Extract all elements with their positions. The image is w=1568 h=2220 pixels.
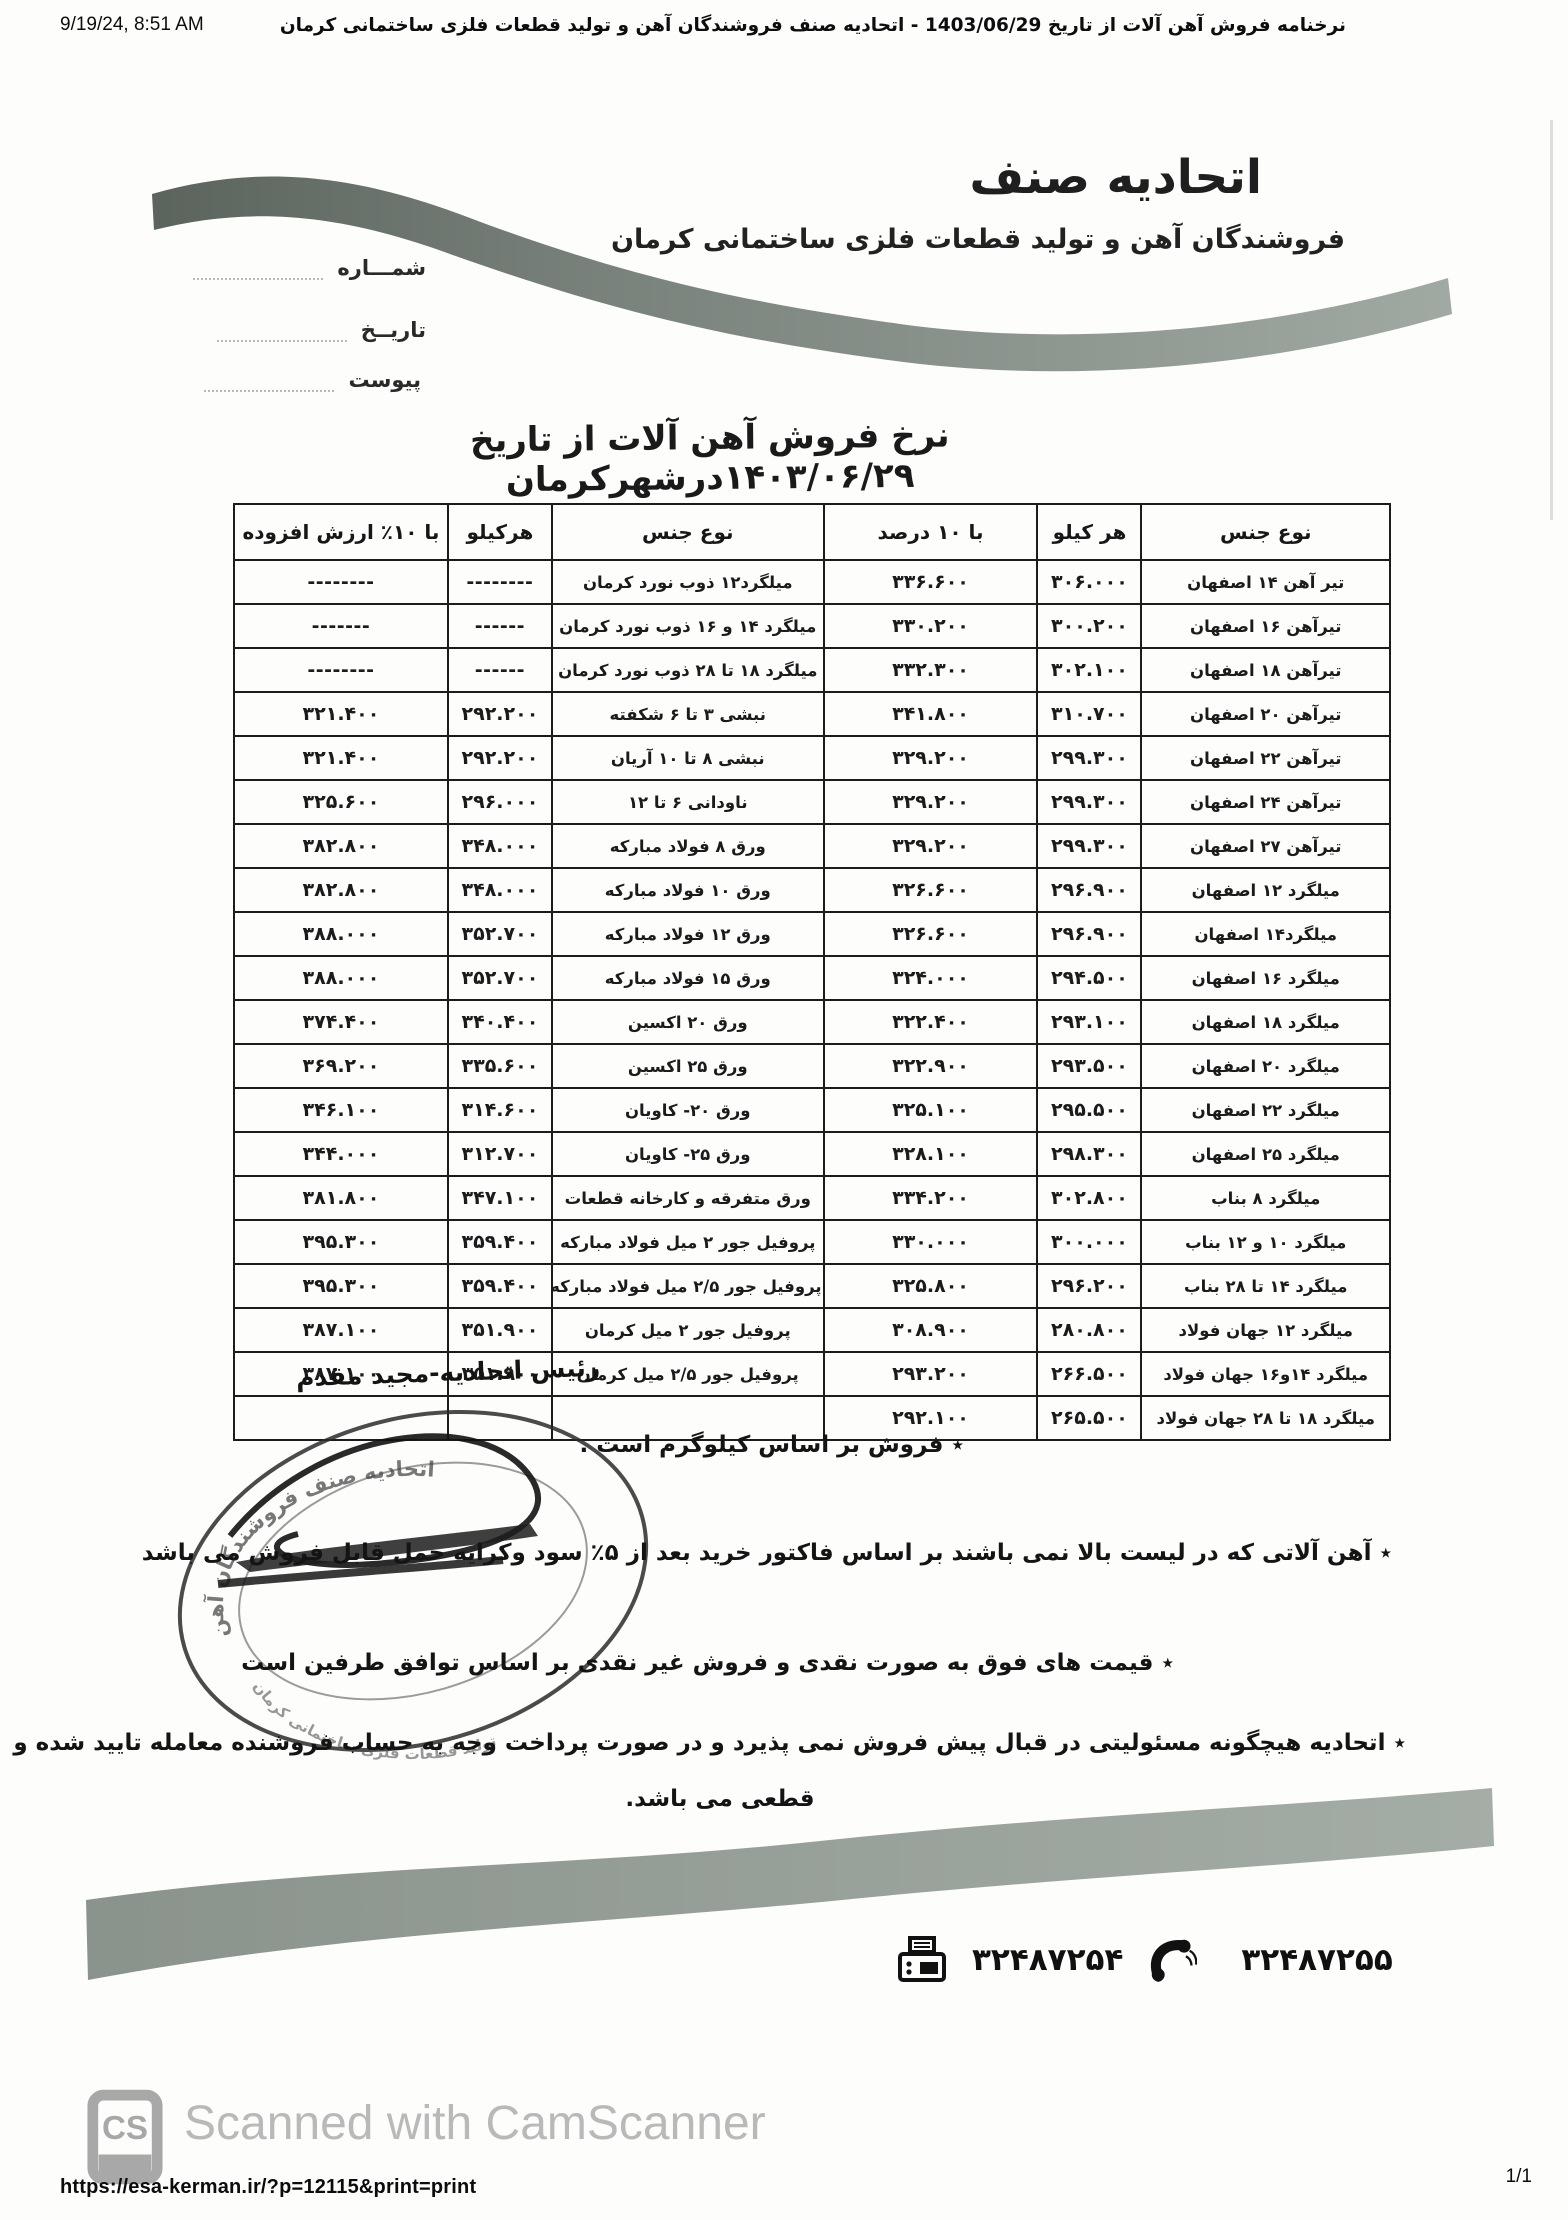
item-name-cell: میلگرد ۱۸ تا ۲۸ جهان فولاد	[1141, 1396, 1390, 1440]
column-header: نوع جنس	[552, 504, 824, 560]
column-header: نوع جنس	[1141, 504, 1390, 560]
letter-attachment-blank-line	[204, 372, 334, 392]
table-row: میلگرد ۱۰ و ۱۲ بناب۳۰۰.۰۰۰۳۳۰.۰۰۰پروفیل …	[234, 1220, 1390, 1264]
price-cell: ۲۹۳.۱۰۰	[1037, 1000, 1141, 1044]
item-name-cell: تیرآهن ۱۸ اصفهان	[1141, 648, 1390, 692]
item-name-cell: میلگرد ۱۲ اصفهان	[1141, 868, 1390, 912]
price-cell: ۳۲۵.۱۰۰	[824, 1088, 1038, 1132]
price-cell: ۲۹۶.۰۰۰	[448, 780, 552, 824]
price-cell: ۳۲۹.۲۰۰	[824, 780, 1038, 824]
price-cell: ۳۲۶.۶۰۰	[824, 912, 1038, 956]
price-cell: ۳۳۲.۳۰۰	[824, 648, 1038, 692]
note-sale-per-kg: ٭ فروش بر اساس کیلوگرم است .	[580, 1432, 965, 1458]
price-cell: ۳۰۸.۹۰۰	[824, 1308, 1038, 1352]
price-cell: ۳۵۱.۹۰۰	[448, 1308, 552, 1352]
item-name-cell: میلگرد ۱۴و۱۶ جهان فولاد	[1141, 1352, 1390, 1396]
item-name-cell: تیرآهن ۲۷ اصفهان	[1141, 824, 1390, 868]
price-cell: ۳۲۵.۶۰۰	[234, 780, 448, 824]
price-cell: ۳۱۲.۷۰۰	[448, 1132, 552, 1176]
price-cell: ۳۳۰.۲۰۰	[824, 604, 1038, 648]
page-title: نرخ فروش آهن آلات از تاریخ ۱۴۰۳/۰۶/۲۹درش…	[360, 414, 1061, 501]
note-items-not-listed: ٭ آهن آلاتی که در لیست بالا نمی باشند بر…	[142, 1540, 1392, 1566]
price-cell: ۳۸۱.۸۰۰	[234, 1176, 448, 1220]
price-cell: ۲۸۰.۸۰۰	[1037, 1308, 1141, 1352]
table-row: تیرآهن ۲۲ اصفهان۲۹۹.۳۰۰۳۲۹.۲۰۰نبشی ۸ تا …	[234, 736, 1390, 780]
price-cell: ۳۲۸.۱۰۰	[824, 1132, 1038, 1176]
price-cell: --------	[234, 648, 448, 692]
table-row: میلگرد ۲۲ اصفهان۲۹۵.۵۰۰۳۲۵.۱۰۰ورق ۲۰- کا…	[234, 1088, 1390, 1132]
camscanner-badge-text: CS	[102, 2110, 148, 2147]
item-name-cell: تیرآهن ۲۰ اصفهان	[1141, 692, 1390, 736]
price-cell: ۳۴۱.۸۰۰	[824, 692, 1038, 736]
item-name-cell: تیر آهن ۱۴ اصفهان	[1141, 560, 1390, 604]
item-name-cell: میلگرد ۱۸ تا ۲۸ ذوب نورد کرمان	[552, 648, 824, 692]
price-cell: ۳۰۲.۱۰۰	[1037, 648, 1141, 692]
print-preview-page: 9/19/24, 8:51 AM نرخنامه فروش آهن آلات ا…	[0, 0, 1568, 2220]
item-name-cell: ورق متفرقه و کارخانه قطعات	[552, 1176, 824, 1220]
table-row: تیرآهن ۱۸ اصفهان۳۰۲.۱۰۰۳۳۲.۳۰۰میلگرد ۱۸ …	[234, 648, 1390, 692]
item-name-cell: ورق ۸ فولاد مبارکه	[552, 824, 824, 868]
item-name-cell: ورق ۱۵ فولاد مبارکه	[552, 956, 824, 1000]
price-cell: ۳۲۱.۴۰۰	[234, 736, 448, 780]
item-name-cell: میلگرد ۲۰ اصفهان	[1141, 1044, 1390, 1088]
item-name-cell: تیرآهن ۲۲ اصفهان	[1141, 736, 1390, 780]
letter-attachment-label: پیوست	[348, 368, 421, 392]
item-name-cell: میلگرد۱۴ اصفهان	[1141, 912, 1390, 956]
price-cell: ۳۴۷.۱۰۰	[448, 1176, 552, 1220]
item-name-cell: ورق ۲۵ اکسین	[552, 1044, 824, 1088]
item-name-cell: ورق ۱۲ فولاد مبارکه	[552, 912, 824, 956]
column-header: با ۱۰٪ ارزش افزوده	[234, 504, 448, 560]
price-cell: ------	[448, 604, 552, 648]
price-cell: ۲۶۵.۵۰۰	[1037, 1396, 1141, 1440]
price-cell: ۳۳۵.۶۰۰	[448, 1044, 552, 1088]
price-table: نوع جنسهر کیلوبا ۱۰ درصدنوع جنسهرکیلوبا …	[233, 503, 1391, 1441]
camscanner-caption: Scanned with CamScanner	[184, 2096, 766, 2151]
price-cell: ۲۹۹.۳۰۰	[1037, 824, 1141, 868]
table-row: میلگرد ۱۶ اصفهان۲۹۴.۵۰۰۳۲۴.۰۰۰ورق ۱۵ فول…	[234, 956, 1390, 1000]
price-cell: ۲۹۳.۲۰۰	[824, 1352, 1038, 1396]
item-name-cell: پروفیل جور ۲/۵ میل فولاد مبارکه	[552, 1264, 824, 1308]
price-cell: ۲۹۵.۵۰۰	[1037, 1088, 1141, 1132]
price-cell: ۳۰۲.۸۰۰	[1037, 1176, 1141, 1220]
print-footer-url: https://esa-kerman.ir/?p=12115&print=pri…	[60, 2176, 476, 2199]
price-cell: ۳۸۲.۸۰۰	[234, 868, 448, 912]
price-table-container: نوع جنسهر کیلوبا ۱۰ درصدنوع جنسهرکیلوبا …	[233, 503, 1391, 1441]
price-cell: ۲۹۲.۲۰۰	[448, 736, 552, 780]
item-name-cell: نبشی ۳ تا ۶ شکفته	[552, 692, 824, 736]
item-name-cell: میلگرد ۱۴ تا ۲۸ بناب	[1141, 1264, 1390, 1308]
item-name-cell: میلگرد۱۲ ذوب نورد کرمان	[552, 560, 824, 604]
letter-date-field: تاریــخ	[217, 318, 426, 342]
item-name-cell: میلگرد ۱۸ اصفهان	[1141, 1000, 1390, 1044]
price-cell: ۳۲۱.۴۰۰	[234, 692, 448, 736]
print-header-title: نرخنامه فروش آهن آلات از تاریخ 1403/06/2…	[280, 15, 1346, 36]
price-cell: ۲۹۶.۹۰۰	[1037, 868, 1141, 912]
table-row: تیرآهن ۲۴ اصفهان۲۹۹.۳۰۰۳۲۹.۲۰۰ناودانی ۶ …	[234, 780, 1390, 824]
item-name-cell: ورق ۲۵- کاویان	[552, 1132, 824, 1176]
price-cell: ۳۵۲.۷۰۰	[448, 956, 552, 1000]
price-cell: ۳۸۸.۰۰۰	[234, 912, 448, 956]
price-cell: ۳۲۲.۹۰۰	[824, 1044, 1038, 1088]
item-name-cell: میلگرد ۲۲ اصفهان	[1141, 1088, 1390, 1132]
table-row: میلگرد۱۴ اصفهان۲۹۶.۹۰۰۳۲۶.۶۰۰ورق ۱۲ فولا…	[234, 912, 1390, 956]
price-cell: ۳۴۸.۰۰۰	[448, 824, 552, 868]
table-row: میلگرد ۸ بناب۳۰۲.۸۰۰۳۳۴.۲۰۰ورق متفرقه و …	[234, 1176, 1390, 1220]
price-cell: ۳۰۰.۰۰۰	[1037, 1220, 1141, 1264]
item-name-cell: میلگرد ۸ بناب	[1141, 1176, 1390, 1220]
price-cell: ۲۹۹.۳۰۰	[1037, 780, 1141, 824]
price-cell: --------	[234, 560, 448, 604]
price-cell: ۲۹۹.۳۰۰	[1037, 736, 1141, 780]
item-name-cell: میلگرد ۱۴ و ۱۶ ذوب نورد کرمان	[552, 604, 824, 648]
price-cell: ۳۵۲.۷۰۰	[448, 912, 552, 956]
item-name-cell: ورق ۱۰ فولاد مبارکه	[552, 868, 824, 912]
price-cell: ۳۴۸.۰۰۰	[448, 868, 552, 912]
table-row: تیرآهن ۲۰ اصفهان۳۱۰.۷۰۰۳۴۱.۸۰۰نبشی ۳ تا …	[234, 692, 1390, 736]
price-cell: ۳۹۵.۳۰۰	[234, 1220, 448, 1264]
item-name-cell: میلگرد ۱۲ جهان فولاد	[1141, 1308, 1390, 1352]
price-cell: ۳۲۲.۴۰۰	[824, 1000, 1038, 1044]
price-table-header-row: نوع جنسهر کیلوبا ۱۰ درصدنوع جنسهرکیلوبا …	[234, 504, 1390, 560]
item-name-cell: ورق ۲۰ اکسین	[552, 1000, 824, 1044]
table-row: میلگرد ۲۰ اصفهان۲۹۳.۵۰۰۳۲۲.۹۰۰ورق ۲۵ اکس…	[234, 1044, 1390, 1088]
price-cell: ۲۹۶.۹۰۰	[1037, 912, 1141, 956]
table-row: میلگرد ۲۵ اصفهان۲۹۸.۳۰۰۳۲۸.۱۰۰ورق ۲۵- کا…	[234, 1132, 1390, 1176]
item-name-cell: پروفیل جور ۲ میل کرمان	[552, 1308, 824, 1352]
item-name-cell: میلگرد ۱۰ و ۱۲ بناب	[1141, 1220, 1390, 1264]
letter-number-blank-line	[193, 260, 323, 280]
table-row: میلگرد ۱۲ جهان فولاد۲۸۰.۸۰۰۳۰۸.۹۰۰پروفیل…	[234, 1308, 1390, 1352]
letter-number-label: شمـــاره	[337, 256, 426, 280]
footer-swoosh-graphic	[0, 1768, 1568, 2018]
column-header: هرکیلو	[448, 504, 552, 560]
price-cell: ۳۸۲.۸۰۰	[234, 824, 448, 868]
price-cell: ۳۲۹.۲۰۰	[824, 736, 1038, 780]
table-row: میلگرد ۱۴ تا ۲۸ بناب۲۹۶.۲۰۰۳۲۵.۸۰۰پروفیل…	[234, 1264, 1390, 1308]
price-cell: ۲۹۴.۵۰۰	[1037, 956, 1141, 1000]
price-table-body: تیر آهن ۱۴ اصفهان۳۰۶.۰۰۰۳۳۶.۶۰۰میلگرد۱۲ …	[234, 560, 1390, 1440]
price-cell: ۲۹۸.۳۰۰	[1037, 1132, 1141, 1176]
price-cell: ۳۸۷.۱۰۰	[234, 1308, 448, 1352]
letter-date-blank-line	[217, 322, 347, 342]
table-row: تیرآهن ۱۶ اصفهان۳۰۰.۲۰۰۳۳۰.۲۰۰میلگرد ۱۴ …	[234, 604, 1390, 648]
price-cell: ۲۶۶.۵۰۰	[1037, 1352, 1141, 1396]
price-cell: ۳۴۶.۱۰۰	[234, 1088, 448, 1132]
price-cell: ۳۲۵.۸۰۰	[824, 1264, 1038, 1308]
note-cash-noncash: ٭ قیمت های فوق به صورت نقدی و فروش غیر ن…	[241, 1650, 1174, 1676]
item-name-cell: میلگرد ۱۶ اصفهان	[1141, 956, 1390, 1000]
item-name-cell: میلگرد ۲۵ اصفهان	[1141, 1132, 1390, 1176]
price-cell: ۳۰۶.۰۰۰	[1037, 560, 1141, 604]
table-row: تیرآهن ۲۷ اصفهان۲۹۹.۳۰۰۳۲۹.۲۰۰ورق ۸ فولا…	[234, 824, 1390, 868]
item-name-cell: تیرآهن ۲۴ اصفهان	[1141, 780, 1390, 824]
price-cell: ۳۱۴.۶۰۰	[448, 1088, 552, 1132]
letter-attachment-field: پیوست	[204, 368, 421, 392]
table-row: میلگرد ۱۸ اصفهان۲۹۳.۱۰۰۳۲۲.۴۰۰ورق ۲۰ اکس…	[234, 1000, 1390, 1044]
item-name-cell: پروفیل جور ۲ میل فولاد مبارکه	[552, 1220, 824, 1264]
price-cell: ۳۵۹.۴۰۰	[448, 1264, 552, 1308]
price-cell: ۳۳۰.۰۰۰	[824, 1220, 1038, 1264]
table-row: میلگرد ۱۲ اصفهان۲۹۶.۹۰۰۳۲۶.۶۰۰ورق ۱۰ فول…	[234, 868, 1390, 912]
price-cell: ۳۳۶.۶۰۰	[824, 560, 1038, 604]
scan-edge-artifact	[1550, 120, 1553, 520]
item-name-cell: تیرآهن ۱۶ اصفهان	[1141, 604, 1390, 648]
price-cell: ۳۵۹.۴۰۰	[448, 1220, 552, 1264]
letter-number-field: شمـــاره	[193, 256, 426, 280]
price-cell: -------	[234, 604, 448, 648]
price-cell: ۳۸۸.۰۰۰	[234, 956, 448, 1000]
price-cell: ۳۷۴.۴۰۰	[234, 1000, 448, 1044]
camscanner-logo-icon: CS	[86, 2088, 164, 2186]
union-title: اتحادیه صنف	[970, 150, 1263, 205]
note-presale-liability-line1: ٭ اتحادیه هیچگونه مسئولیتی در قبال پیش ف…	[13, 1730, 1406, 1756]
price-cell: ۲۹۶.۲۰۰	[1037, 1264, 1141, 1308]
price-cell: ۳۰۰.۲۰۰	[1037, 604, 1141, 648]
price-cell: ۲۹۳.۵۰۰	[1037, 1044, 1141, 1088]
price-cell: ۳۱۰.۷۰۰	[1037, 692, 1141, 736]
price-cell: ۳۴۴.۰۰۰	[234, 1132, 448, 1176]
price-cell: ۳۲۴.۰۰۰	[824, 956, 1038, 1000]
item-name-cell: ورق ۲۰- کاویان	[552, 1088, 824, 1132]
column-header: با ۱۰ درصد	[824, 504, 1038, 560]
item-name-cell: ناودانی ۶ تا ۱۲	[552, 780, 824, 824]
column-header: هر کیلو	[1037, 504, 1141, 560]
price-cell: ۳۹۵.۳۰۰	[234, 1264, 448, 1308]
item-name-cell: نبشی ۸ تا ۱۰ آریان	[552, 736, 824, 780]
price-cell: ۳۲۶.۶۰۰	[824, 868, 1038, 912]
union-subtitle: فروشندگان آهن و تولید قطعات فلزی ساختمان…	[611, 224, 1345, 255]
price-cell: ۳۲۹.۲۰۰	[824, 824, 1038, 868]
letter-date-label: تاریــخ	[361, 318, 426, 342]
price-cell: ۳۳۴.۲۰۰	[824, 1176, 1038, 1220]
price-cell: --------	[448, 560, 552, 604]
price-cell: ۳۴۰.۴۰۰	[448, 1000, 552, 1044]
price-cell: ۲۹۲.۲۰۰	[448, 692, 552, 736]
print-datetime: 9/19/24, 8:51 AM	[60, 14, 204, 36]
print-footer-page-indicator: 1/1	[1506, 2166, 1532, 2188]
price-cell: ------	[448, 648, 552, 692]
table-row: تیر آهن ۱۴ اصفهان۳۰۶.۰۰۰۳۳۶.۶۰۰میلگرد۱۲ …	[234, 560, 1390, 604]
price-cell: ۳۶۹.۲۰۰	[234, 1044, 448, 1088]
